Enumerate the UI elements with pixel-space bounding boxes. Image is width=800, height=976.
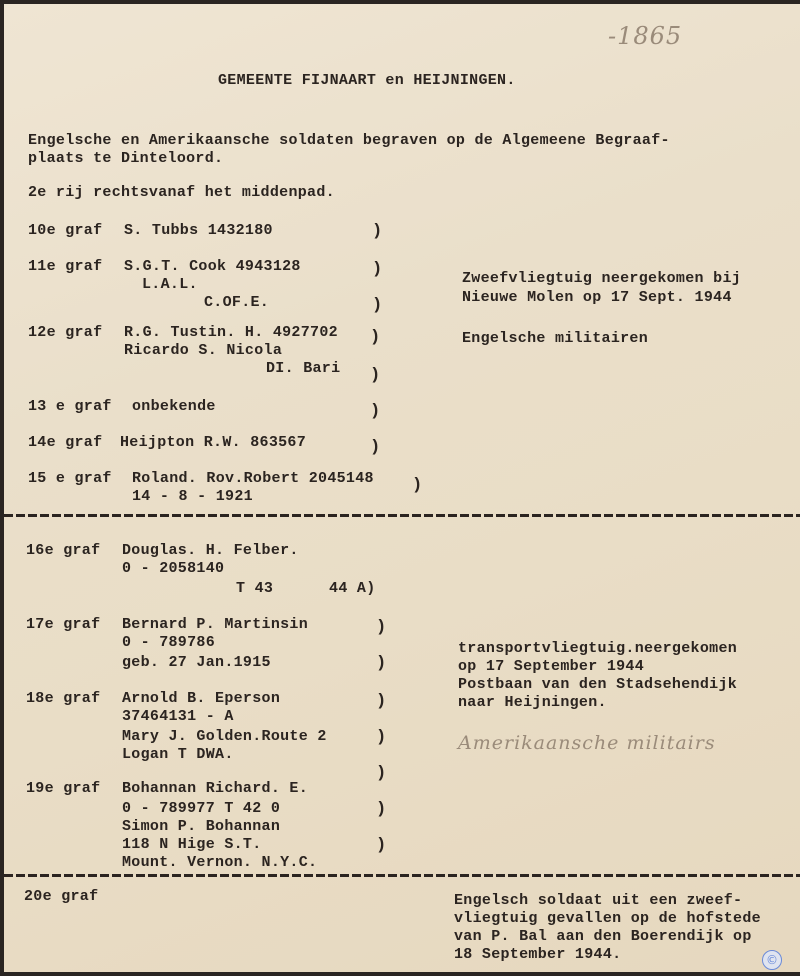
grave-14-line: Heijpton R.W. 863567 [120,434,306,452]
divider [4,514,800,517]
copyright-icon: © [762,950,782,970]
grave-15-label: 15 e graf [28,470,112,488]
grave-16-label: 16e graf [26,542,100,560]
note-3-line-4: 18 September 1944. [454,946,621,964]
grave-18-line-1: Arnold B. Eperson [122,690,280,708]
grave-16-line-3: T 43 44 A) [236,580,376,598]
divider [4,874,800,877]
bracket: ) [376,692,386,711]
note-1-line-2: Nieuwe Molen op 17 Sept. 1944 [462,289,732,307]
grave-10-label: 10e graf [28,222,102,240]
grave-13-label: 13 e graf [28,398,112,416]
grave-18-line-2: 37464131 - A [122,708,234,726]
grave-12-line-1: R.G. Tustin. H. 4927702 [124,324,338,342]
bracket: ) [372,222,382,241]
bracket: ) [376,836,386,855]
bracket: ) [370,366,380,385]
grave-11-line-2: L.A.L. [142,276,198,294]
bracket: ) [376,728,386,747]
bracket: ) [370,328,380,347]
bracket: ) [376,654,386,673]
grave-17-line-2: 0 - 789786 [122,634,215,652]
intro-line-1: Engelsche en Amerikaansche soldaten begr… [28,132,670,150]
grave-19-label: 19e graf [26,780,100,798]
grave-11-line-1: S.G.T. Cook 4943128 [124,258,301,276]
grave-19-line-4: 118 N Hige S.T. [122,836,262,854]
grave-17-line-1: Bernard P. Martinsin [122,616,308,634]
grave-17-label: 17e graf [26,616,100,634]
note-2-line-4: naar Heijningen. [458,694,607,712]
grave-16-line-1: Douglas. H. Felber. [122,542,299,560]
bracket: ) [372,296,382,315]
grave-10-line: S. Tubbs 1432180 [124,222,273,240]
page-title: GEMEENTE FIJNAART en HEIJNINGEN. [218,72,516,90]
bracket: ) [412,476,422,495]
note-3-line-1: Engelsch soldaat uit een zweef- [454,892,742,910]
grave-12-label: 12e graf [28,324,102,342]
archive-number: -1865 [608,22,682,50]
note-2-line-1: transportvliegtuig.neergekomen [458,640,737,658]
grave-15-line-2: 14 - 8 - 1921 [132,488,253,506]
grave-20-label: 20e graf [24,888,98,906]
grave-12-line-3: DI. Bari [266,360,340,378]
grave-11-label: 11e graf [28,258,102,276]
bracket: ) [370,438,380,457]
bracket: ) [370,402,380,421]
note-1-line-3: Engelsche militairen [462,330,648,348]
document-page: -1865 GEMEENTE FIJNAART en HEIJNINGEN. E… [4,4,800,972]
grave-18-line-4: Logan T DWA. [122,746,234,764]
grave-18-line-3: Mary J. Golden.Route 2 [122,728,327,746]
handwritten-note: Amerikaansche militairs [458,732,716,754]
note-2-line-3: Postbaan van den Stadsehendijk [458,676,737,694]
note-3-line-2: vliegtuig gevallen op de hofstede [454,910,761,928]
grave-19-line-3: Simon P. Bohannan [122,818,280,836]
grave-14-label: 14e graf [28,434,102,452]
bracket: ) [376,764,386,783]
grave-17-line-3: geb. 27 Jan.1915 [122,654,271,672]
bracket: ) [372,260,382,279]
row-header: 2e rij rechtsvanaf het middenpad. [28,184,335,202]
note-1-line-1: Zweefvliegtuig neergekomen bij [462,270,741,288]
grave-16-line-2: 0 - 2058140 [122,560,224,578]
grave-19-line-1: Bohannan Richard. E. [122,780,308,798]
grave-19-line-2: 0 - 789977 T 42 0 [122,800,280,818]
grave-11-line-3: C.OF.E. [204,294,269,312]
grave-12-line-2: Ricardo S. Nicola [124,342,282,360]
note-2-line-2: op 17 September 1944 [458,658,644,676]
note-3-line-3: van P. Bal aan den Boerendijk op [454,928,752,946]
grave-18-label: 18e graf [26,690,100,708]
grave-19-line-5: Mount. Vernon. N.Y.C. [122,854,317,872]
intro-line-2: plaats te Dinteloord. [28,150,223,168]
grave-13-line: onbekende [132,398,216,416]
bracket: ) [376,618,386,637]
bracket: ) [376,800,386,819]
grave-15-line-1: Roland. Rov.Robert 2045148 [132,470,374,488]
